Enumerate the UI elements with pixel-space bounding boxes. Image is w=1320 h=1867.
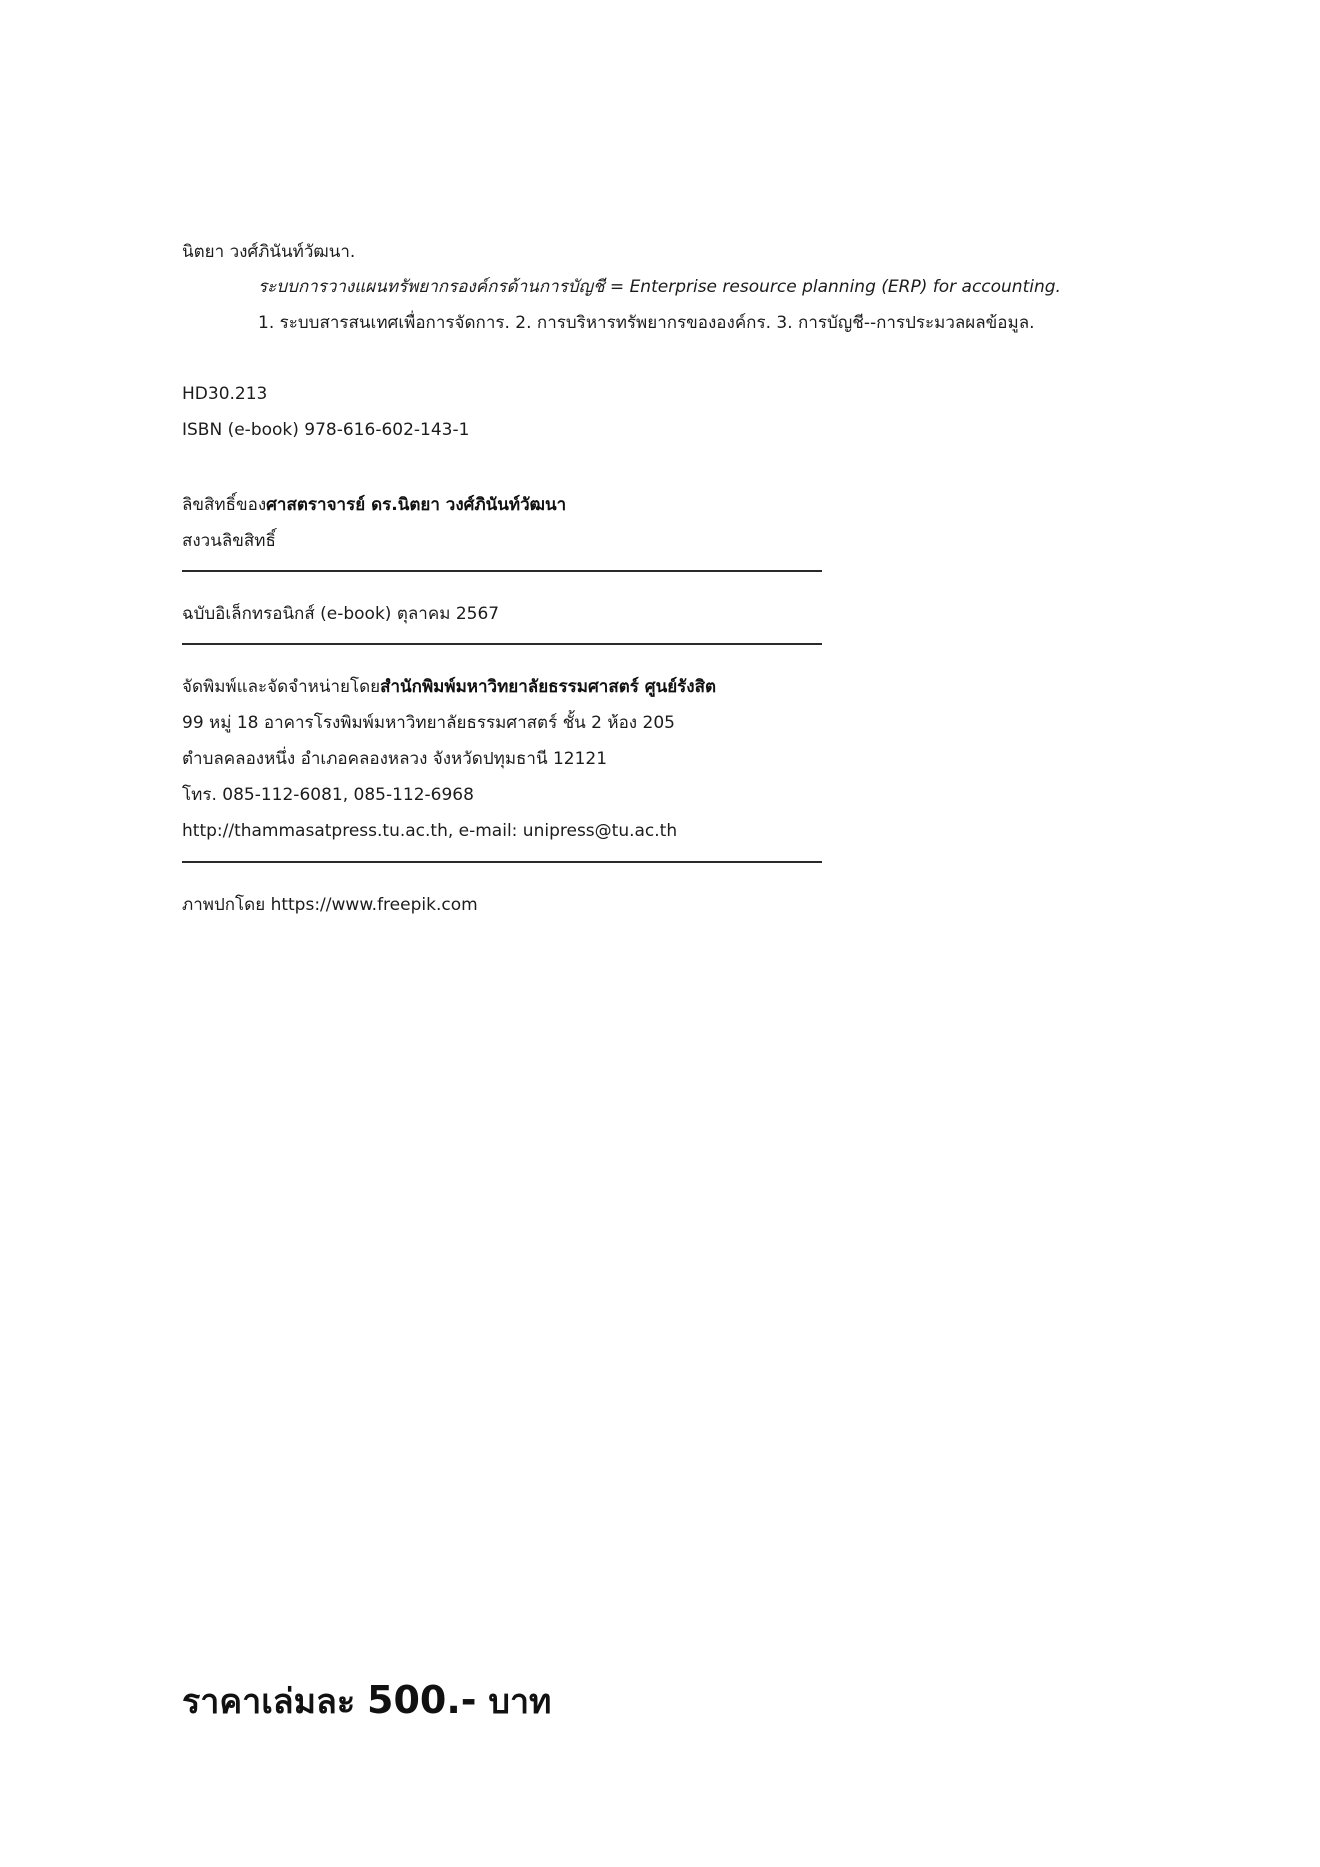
catalog-author: นิตยา วงศ์ภินันท์วัฒนา. <box>182 240 355 264</box>
rights-reserved: สงวนลิขสิทธิ์ <box>182 529 276 553</box>
catalog-title: ระบบการวางแผนทรัพยากรองค์กรด้านการบัญชี … <box>258 275 1061 299</box>
isbn: ISBN (e-book) 978-616-602-143-1 <box>182 418 469 442</box>
copyright-page: นิตยา วงศ์ภินันท์วัฒนา. ระบบการวางแผนทรั… <box>0 0 1320 1867</box>
divider-2 <box>182 643 822 645</box>
price-line: ราคาเล่มละ 500.- บาท <box>182 1678 551 1724</box>
price-suffix: บาท <box>477 1682 552 1722</box>
call-number: HD30.213 <box>182 382 267 406</box>
divider-3 <box>182 861 822 863</box>
edition-info: ฉบับอิเล็กทรอนิกส์ (e-book) ตุลาคม 2567 <box>182 602 499 626</box>
publisher-name: สำนักพิมพ์มหาวิทยาลัยธรรมศาสตร์ ศูนย์รัง… <box>380 677 716 697</box>
publisher-address-1: 99 หมู่ 18 อาคารโรงพิมพ์มหาวิทยาลัยธรรมศ… <box>182 711 675 735</box>
cover-credit: ภาพปกโดย https://www.freepik.com <box>182 893 478 917</box>
price-prefix: ราคาเล่มละ <box>182 1682 367 1722</box>
publisher-web-email: http://thammasatpress.tu.ac.th, e-mail: … <box>182 819 677 843</box>
divider-1 <box>182 570 822 572</box>
catalog-subjects: 1. ระบบสารสนเทศเพื่อการจัดการ. 2. การบริ… <box>258 311 1035 335</box>
publisher-address-2: ตำบลคลองหนึ่ง อำเภอคลองหลวง จังหวัดปทุมธ… <box>182 747 607 771</box>
copyright-owner: ศาสตราจารย์ ดร.นิตยา วงศ์ภินันท์วัฒนา <box>266 495 566 515</box>
publisher-line: จัดพิมพ์และจัดจำหน่ายโดยสำนักพิมพ์มหาวิท… <box>182 675 716 699</box>
copyright-holder: ลิขสิทธิ์ของศาสตราจารย์ ดร.นิตยา วงศ์ภิน… <box>182 493 566 517</box>
publisher-phone: โทร. 085-112-6081, 085-112-6968 <box>182 783 474 807</box>
price-amount: 500.- <box>367 1678 477 1722</box>
copyright-prefix: ลิขสิทธิ์ของ <box>182 495 266 515</box>
publisher-prefix: จัดพิมพ์และจัดจำหน่ายโดย <box>182 677 380 697</box>
